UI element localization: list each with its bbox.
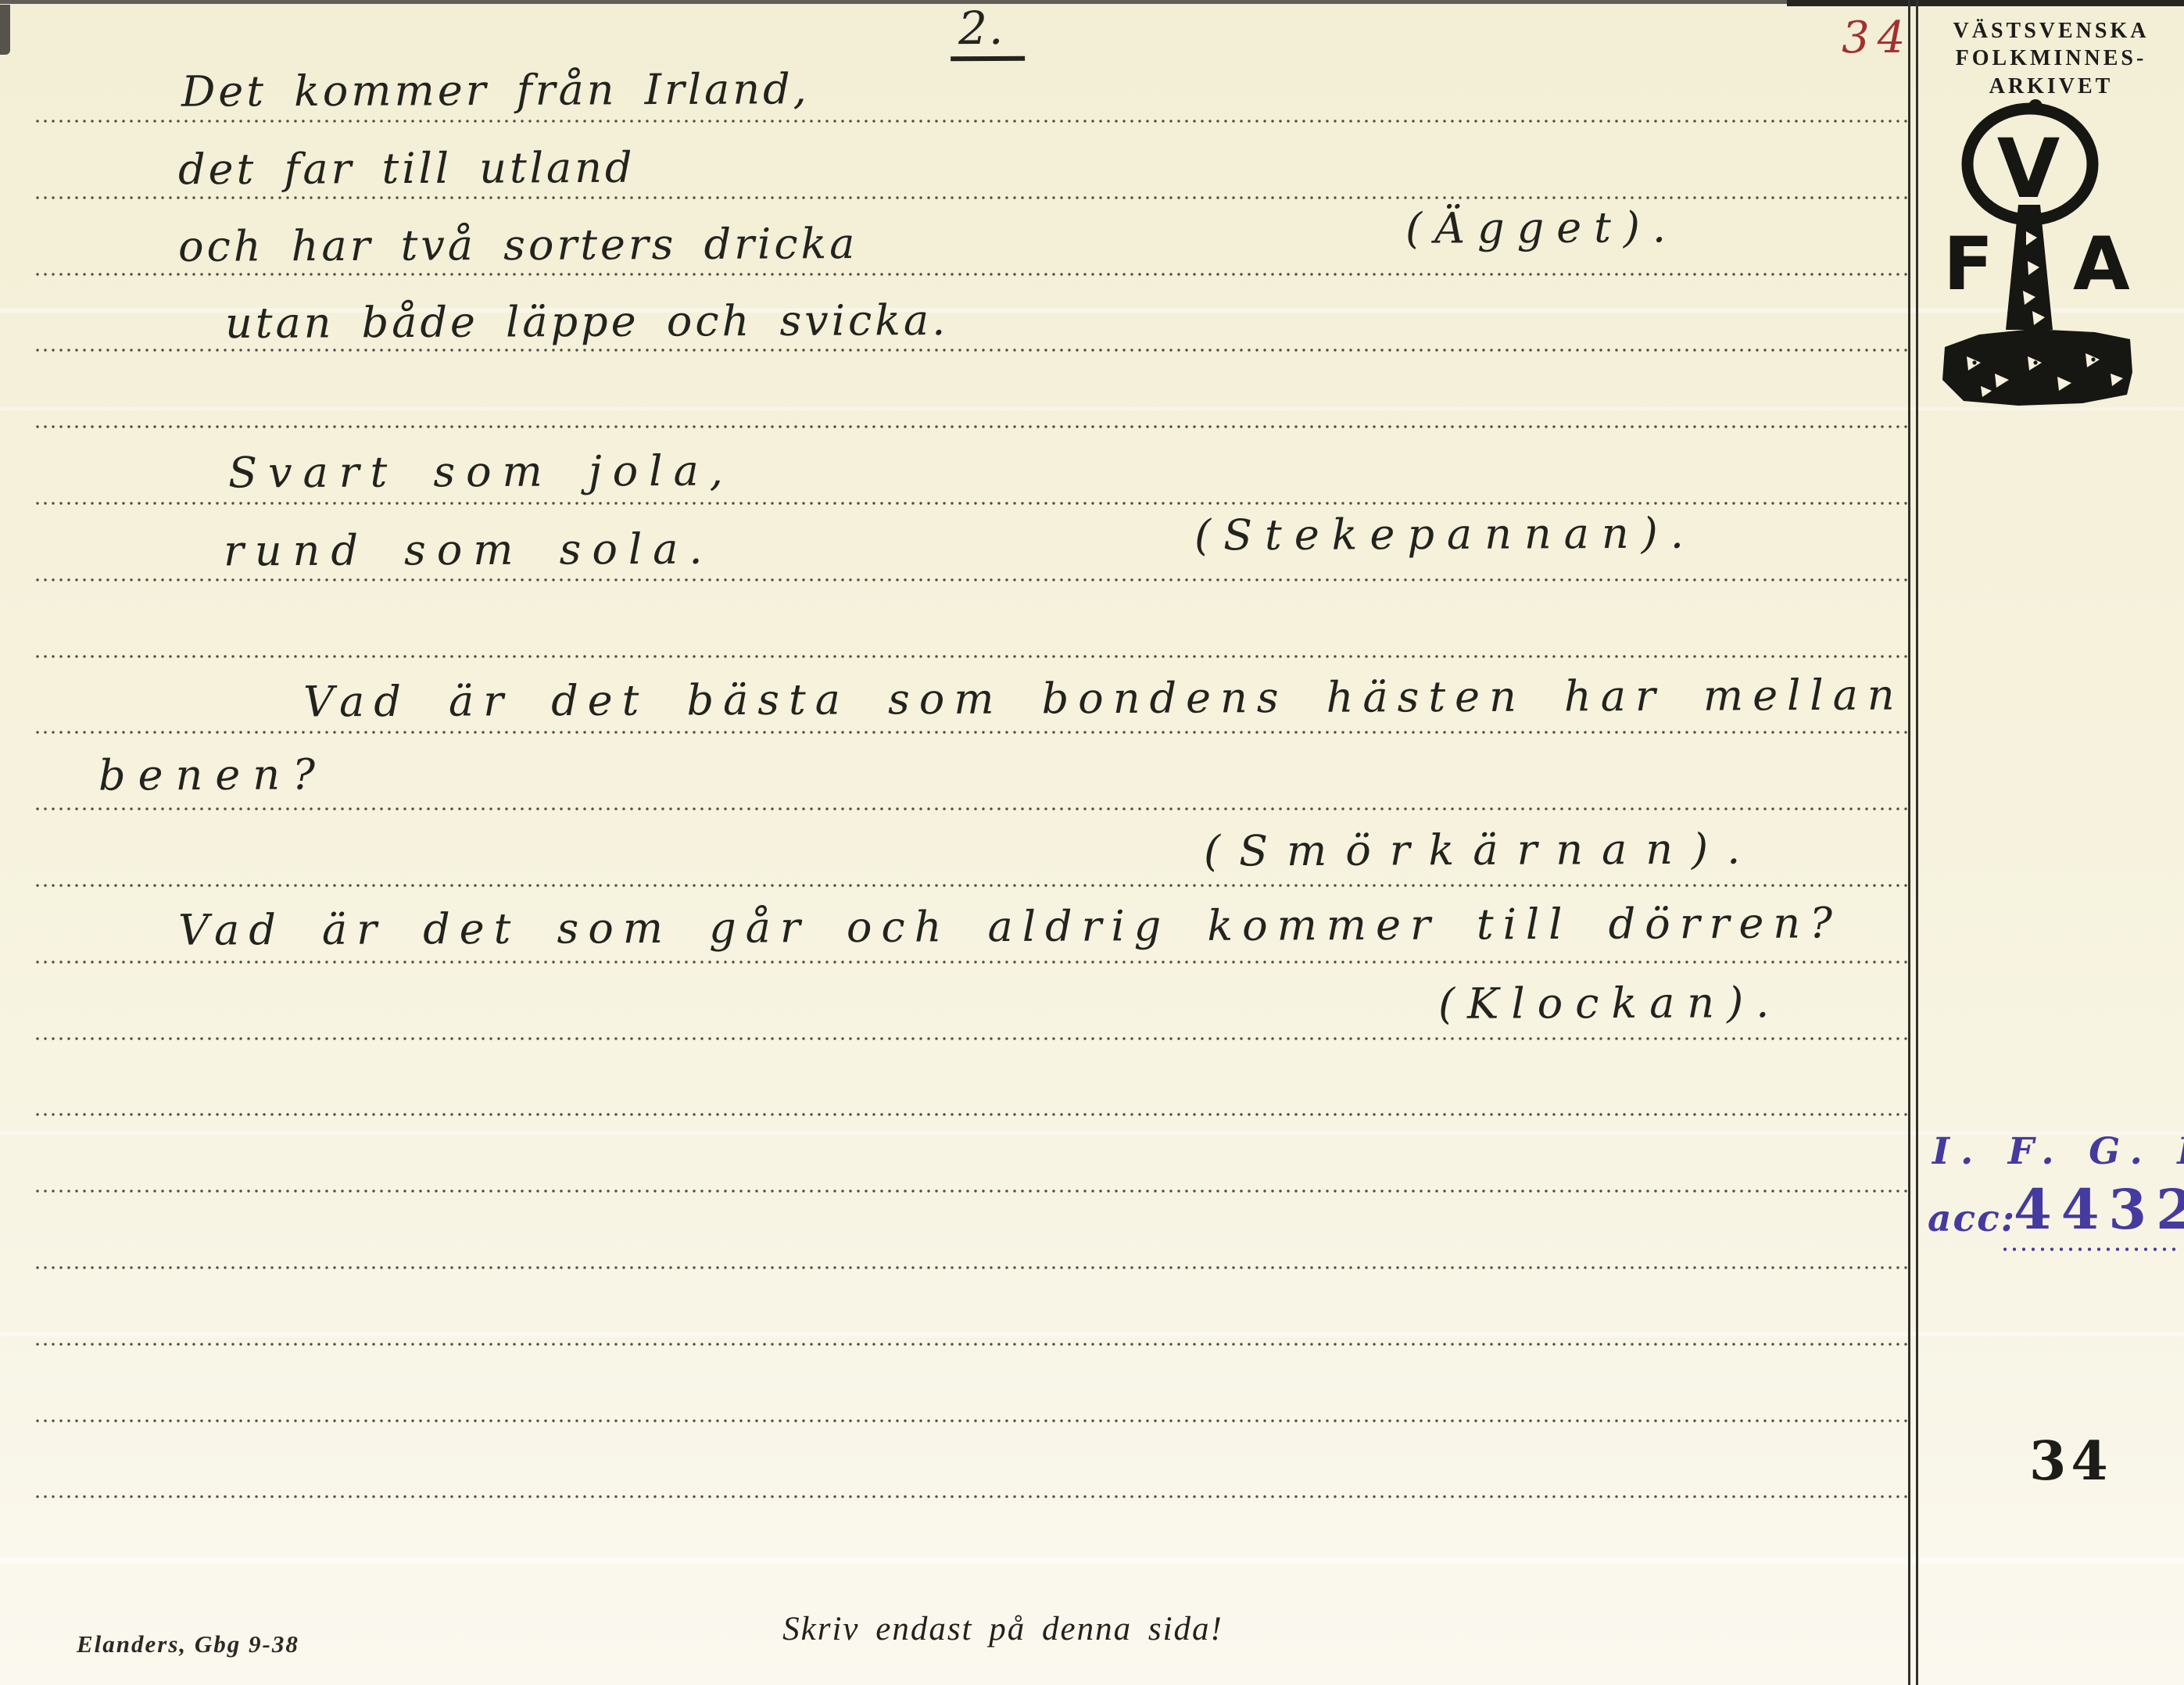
riddle1-line1: Det kommer från Irland,: [181, 64, 810, 116]
riddle3-line1: Vad är det bästa som bondens hästen har …: [303, 671, 1904, 727]
paper-streak: [0, 1557, 2184, 1564]
ruled-line: [36, 655, 1909, 658]
ruled-line: [36, 1037, 1909, 1040]
red-folio-number: 34: [1842, 13, 1914, 63]
ruled-line: [36, 731, 1909, 734]
riddle1-answer: (Ägget).: [1405, 202, 1678, 253]
ruled-line: [36, 1266, 1909, 1269]
riddle1-line2: det far till utland: [178, 143, 636, 195]
logo-ring-knob: [2028, 99, 2043, 113]
paper-streak: [0, 1332, 2184, 1336]
archive-name-line2: FOLKMINNES-: [1921, 45, 2181, 72]
riddle2-answer: (Stekepannan).: [1194, 509, 1696, 560]
accession-dotted-leader: [2003, 1247, 2181, 1251]
archive-name-line3: ARKIVET: [1921, 73, 2181, 100]
margin-double-rule: [1908, 0, 1918, 1685]
archive-name-line1: VÄSTSVENSKA: [1921, 17, 2181, 45]
riddle1-line4: utan både läppe och svicka.: [225, 295, 949, 348]
ruled-line: [36, 196, 1909, 199]
footer-instruction: Skriv endast på denna sida!: [698, 1610, 1308, 1648]
handwritten-page-number: 2.: [951, 2, 1026, 61]
vfa-thors-hammer-logo: V F A: [1940, 98, 2136, 427]
ruled-line: [36, 1343, 1909, 1346]
ruled-line: [36, 884, 1909, 887]
accession-number: 4432: [2014, 1177, 2184, 1242]
logo-letter-a: A: [2073, 222, 2130, 307]
scanned-archive-page: { "page": { "header_page_number": "2.", …: [0, 0, 2184, 1685]
ruled-line: [36, 961, 1909, 964]
ruled-line: [36, 578, 1909, 581]
archive-name: VÄSTSVENSKA FOLKMINNES- ARKIVET: [1921, 17, 2181, 100]
riddle3-answer: (Smörkärnan).: [1204, 824, 1760, 875]
riddle4-line1: Vad är det som går och aldrig kommer til…: [178, 898, 1842, 954]
riddle1-line3: och har två sorters dricka: [178, 219, 858, 271]
riddle2-line1: Svart som jola,: [228, 446, 734, 498]
ruled-line: [36, 807, 1909, 810]
scan-top-edge-dark: [1787, 0, 2184, 6]
ruled-line: [36, 120, 1909, 123]
logo-letter-v: V: [1997, 121, 2060, 216]
ruled-line: [36, 1495, 1909, 1498]
riddle2-line2: rund som sola.: [224, 524, 714, 576]
logo-letter-f: F: [1943, 222, 1993, 307]
ruled-line: [36, 425, 1909, 428]
printer-imprint: Elanders, Gbg 9-38: [77, 1630, 299, 1658]
ruled-line: [36, 273, 1909, 276]
accession-label: acc:: [1928, 1197, 2016, 1240]
riddle3-line2: benen?: [98, 749, 328, 800]
printed-page-number: 34: [2029, 1430, 2113, 1493]
riddle4-answer: (Klockan).: [1438, 978, 1782, 1029]
paper-streak: [0, 407, 2184, 411]
ruled-line: [36, 1419, 1909, 1422]
ruled-line: [36, 1113, 1909, 1116]
ruled-line: [36, 1190, 1909, 1193]
ruled-line: [36, 349, 1909, 352]
ruled-line: [36, 502, 1909, 505]
scan-corner-artifact: [0, 5, 10, 55]
paper-streak: [0, 1131, 2184, 1135]
accession-org-stamp: I. F. G. H.: [1932, 1130, 2184, 1173]
